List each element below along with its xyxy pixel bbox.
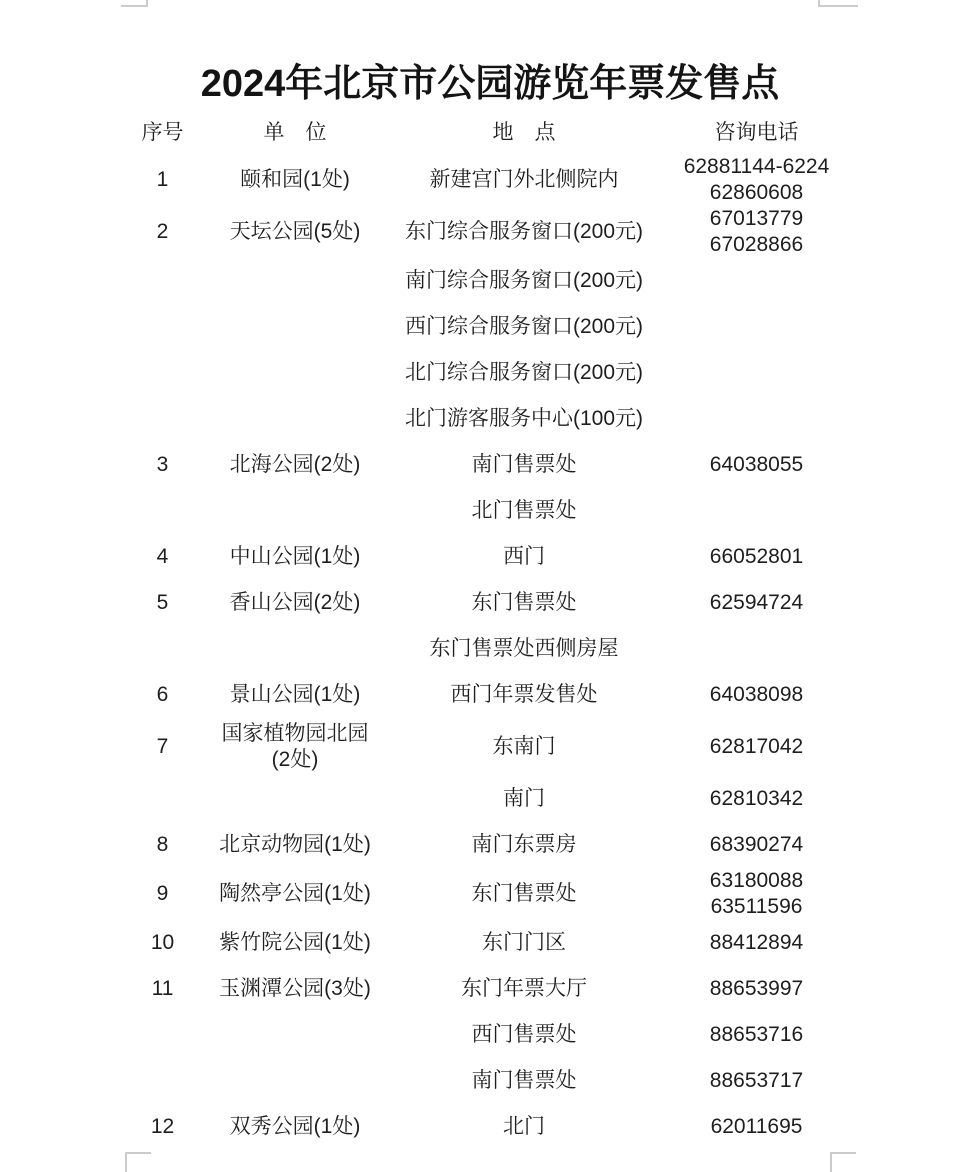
location-cell: 东门售票处 [390,881,658,907]
unit-cell: 紫竹院公园(1处) [200,930,390,956]
phone-number: 68390274 [658,832,855,858]
phone-number: 62817042 [658,734,855,760]
row-number: 3 [125,452,200,478]
table-row: 3 北海公园(2处) 南门售票处 64038055 [125,442,855,488]
location-cell: 西门综合服务窗口(200元) [390,314,658,340]
document-page: 2024年北京市公园游览年票发售点 序号 单 位 地 点 咨询电话 1 颐和园(… [0,0,979,1172]
table-row: 10 紫竹院公园(1处) 东门门区 88412894 [125,920,855,966]
phone-cell: 62817042 [658,734,855,760]
unit-cell: 天坛公园(5处) [200,219,390,245]
phone-number: 88653717 [658,1068,855,1094]
table-row: 西门售票处 88653716 [125,1012,855,1058]
phone-number-line2: 62860608 [658,180,855,206]
location-cell: 东南门 [390,734,658,760]
location-cell: 北门 [390,1114,658,1140]
table-row: 2 天坛公园(5处) 东门综合服务窗口(200元) 67013779 67028… [125,206,855,258]
row-number: 11 [125,976,200,1002]
location-cell: 北门综合服务窗口(200元) [390,360,658,386]
phone-number: 64038055 [658,452,855,478]
unit-cell: 中山公园(1处) [200,544,390,570]
table-corner-mark-bottom-left [125,1152,151,1172]
table-row: 1 颐和园(1处) 新建宫门外北侧院内 62881144-6224 628606… [125,154,855,206]
phone-cell: 88412894 [658,930,855,956]
table-row: 南门 62810342 [125,776,855,822]
phone-cell: 67013779 67028866 [658,206,855,258]
row-number: 1 [125,167,200,193]
annual-pass-sales-table: 序号 单 位 地 点 咨询电话 1 颐和园(1处) 新建宫门外北侧院内 6288… [125,112,855,1150]
phone-number: 88653716 [658,1022,855,1048]
table-body: 1 颐和园(1处) 新建宫门外北侧院内 62881144-6224 628606… [125,154,855,1150]
location-cell: 西门年票发售处 [390,682,658,708]
row-number: 4 [125,544,200,570]
page-title: 2024年北京市公园游览年票发售点 [125,52,855,107]
location-cell: 北门售票处 [390,498,658,524]
phone-cell: 88653717 [658,1068,855,1094]
phone-number: 66052801 [658,544,855,570]
phone-cell: 88653716 [658,1022,855,1048]
table-row: 6 景山公园(1处) 西门年票发售处 64038098 [125,672,855,718]
phone-cell: 68390274 [658,832,855,858]
table-row: 南门综合服务窗口(200元) [125,258,855,304]
location-cell: 东门售票处 [390,590,658,616]
unit-name: 北海公园(2处) [200,452,390,478]
table-row: 9 陶然亭公园(1处) 东门售票处 63180088 63511596 [125,868,855,920]
phone-cell: 64038098 [658,682,855,708]
unit-name: 中山公园(1处) [200,544,390,570]
unit-cell: 北海公园(2处) [200,452,390,478]
table-corner-mark-top-right [818,0,858,7]
table-row: 西门综合服务窗口(200元) [125,304,855,350]
unit-name: 天坛公园(5处) [200,219,390,245]
phone-cell: 62594724 [658,590,855,616]
location-cell: 西门售票处 [390,1022,658,1048]
location-cell: 北门游客服务中心(100元) [390,406,658,432]
table-corner-mark-top-left [121,0,148,7]
location-cell: 东门门区 [390,930,658,956]
unit-cell: 景山公园(1处) [200,682,390,708]
phone-cell: 62810342 [658,786,855,812]
location-cell: 南门售票处 [390,452,658,478]
location-cell: 东门综合服务窗口(200元) [390,219,658,245]
table-row: 12 双秀公园(1处) 北门 62011695 [125,1104,855,1150]
phone-cell: 62881144-6224 62860608 [658,154,855,206]
table-row: 南门售票处 88653717 [125,1058,855,1104]
location-cell: 东门售票处西侧房屋 [390,636,658,662]
header-unit: 单 位 [200,120,390,146]
unit-name: 颐和园(1处) [200,167,390,193]
phone-number: 62881144-6224 [658,154,855,180]
unit-name: 陶然亭公园(1处) [200,881,390,907]
unit-cell: 香山公园(2处) [200,590,390,616]
unit-cell: 玉渊潭公园(3处) [200,976,390,1002]
location-cell: 南门 [390,786,658,812]
unit-name: 国家植物园北园 [200,721,390,747]
unit-name: 紫竹院公园(1处) [200,930,390,956]
table-row: 东门售票处西侧房屋 [125,626,855,672]
phone-number: 62011695 [658,1114,855,1140]
phone-cell: 88653997 [658,976,855,1002]
table-row: 8 北京动物园(1处) 南门东票房 68390274 [125,822,855,868]
row-number: 10 [125,930,200,956]
location-cell: 南门东票房 [390,832,658,858]
table-row: 11 玉渊潭公园(3处) 东门年票大厅 88653997 [125,966,855,1012]
location-cell: 南门售票处 [390,1068,658,1094]
location-cell: 东门年票大厅 [390,976,658,1002]
row-number: 8 [125,832,200,858]
header-no: 序号 [125,120,200,146]
phone-cell: 64038055 [658,452,855,478]
unit-cell: 颐和园(1处) [200,167,390,193]
phone-cell: 63180088 63511596 [658,868,855,920]
row-number: 7 [125,734,200,760]
table-row: 7 国家植物园北园 (2处) 东南门 62817042 [125,718,855,776]
unit-cell: 陶然亭公园(1处) [200,881,390,907]
table-row: 5 香山公园(2处) 东门售票处 62594724 [125,580,855,626]
table-corner-mark-bottom-right [830,1152,856,1172]
phone-number: 64038098 [658,682,855,708]
table-row: 北门游客服务中心(100元) [125,396,855,442]
phone-number: 88653997 [658,976,855,1002]
phone-number: 62594724 [658,590,855,616]
phone-cell: 62011695 [658,1114,855,1140]
phone-number: 88412894 [658,930,855,956]
phone-number: 67013779 [658,206,855,232]
row-number: 2 [125,219,200,245]
row-number: 9 [125,881,200,907]
row-number: 6 [125,682,200,708]
unit-cell: 国家植物园北园 (2处) [200,721,390,773]
table-row: 北门售票处 [125,488,855,534]
table-row: 北门综合服务窗口(200元) [125,350,855,396]
location-cell: 西门 [390,544,658,570]
phone-number: 63180088 [658,868,855,894]
table-row: 4 中山公园(1处) 西门 66052801 [125,534,855,580]
unit-name: 香山公园(2处) [200,590,390,616]
unit-name: 双秀公园(1处) [200,1114,390,1140]
unit-name-line2: (2处) [200,747,390,773]
phone-number-line2: 67028866 [658,232,855,258]
phone-number-line2: 63511596 [658,894,855,920]
unit-name: 景山公园(1处) [200,682,390,708]
unit-name: 玉渊潭公园(3处) [200,976,390,1002]
unit-name: 北京动物园(1处) [200,832,390,858]
header-location: 地 点 [390,120,658,146]
header-phone: 咨询电话 [658,120,855,146]
unit-cell: 北京动物园(1处) [200,832,390,858]
phone-cell: 66052801 [658,544,855,570]
location-cell: 新建宫门外北侧院内 [390,167,658,193]
unit-cell: 双秀公园(1处) [200,1114,390,1140]
phone-number: 62810342 [658,786,855,812]
table-header-row: 序号 单 位 地 点 咨询电话 [125,112,855,154]
row-number: 12 [125,1114,200,1140]
location-cell: 南门综合服务窗口(200元) [390,268,658,294]
row-number: 5 [125,590,200,616]
